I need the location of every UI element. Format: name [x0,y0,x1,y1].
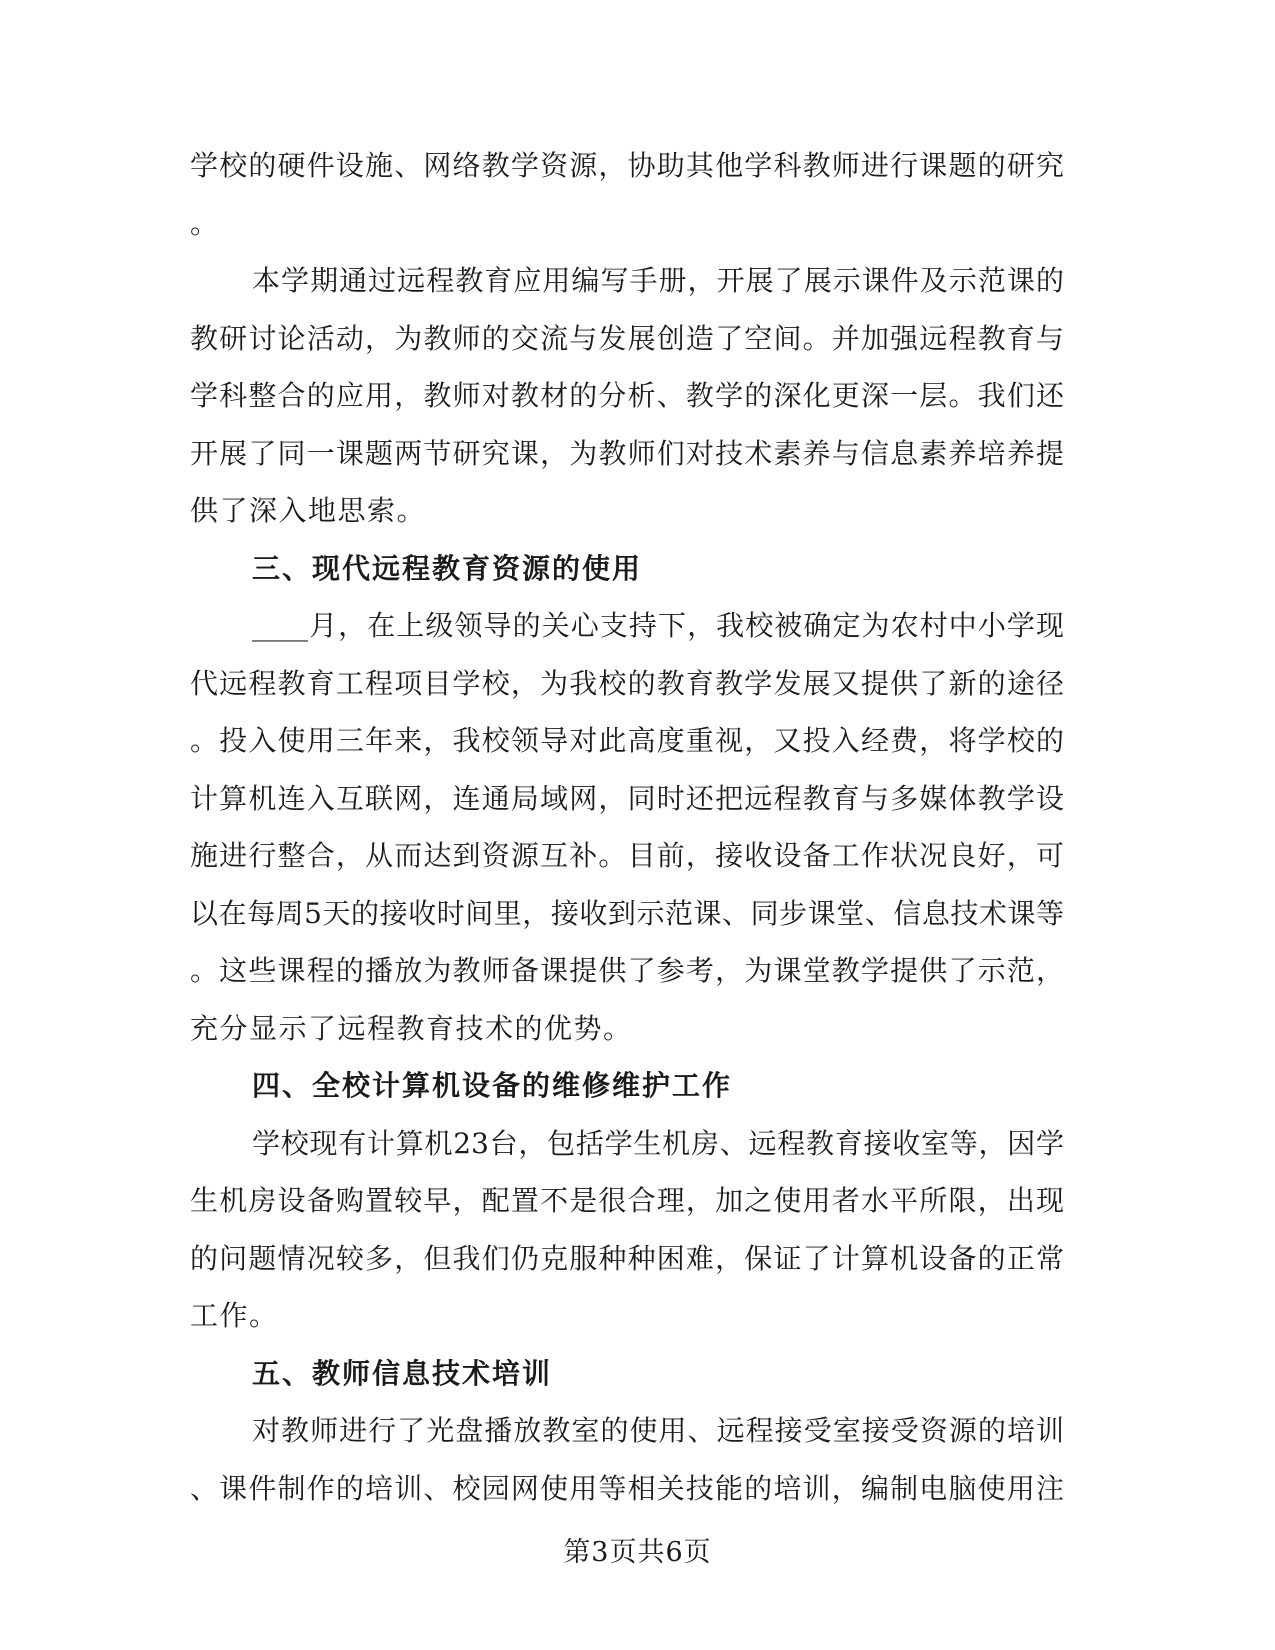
text-line: 教研讨论活动，为教师的交流与发展创造了空间。并加强远程教育与 [190,310,1064,368]
text-line: ____月，在上级领导的关心支持下，我校被确定为农村中小学现 [190,597,1064,655]
text-line: 施进行整合，从而达到资源互补。目前，接收设备工作状况良好，可 [190,827,1064,885]
text-line: 供了深入地思索。 [190,482,1064,540]
text-line: 。投入使用三年来，我校领导对此高度重视，又投入经费，将学校的 [190,712,1064,770]
text-line: 生机房设备购置较早，配置不是很合理，加之使用者水平所限，出现 [190,1172,1064,1230]
page-number-text: 第3页共6页 [563,1537,711,1568]
text-line: 学校现有计算机23台，包括学生机房、远程教育接收室等，因学 [190,1115,1064,1173]
text-line: 本学期通过远程教育应用编写手册，开展了展示课件及示范课的 [190,252,1064,310]
text-line: 、课件制作的培训、校园网使用等相关技能的培训，编制电脑使用注 [190,1460,1064,1518]
document-page: 学校的硬件设施、网络教学资源，协助其他学科教师进行课题的研究。本学期通过远程教育… [0,0,1275,1650]
text-line: 。这些课程的播放为教师备课提供了参考，为课堂教学提供了示范， [190,942,1064,1000]
text-line: 对教师进行了光盘播放教室的使用、远程接受室接受资源的培训 [190,1402,1064,1460]
section-heading-line: 四、全校计算机设备的维修维护工作 [190,1057,1064,1115]
text-line: 计算机连入互联网，连通局域网，同时还把远程教育与多媒体教学设 [190,770,1064,828]
text-line: 学校的硬件设施、网络教学资源，协助其他学科教师进行课题的研究 [190,137,1064,195]
text-line: 开展了同一课题两节研究课，为教师们对技术素养与信息素养培养提 [190,425,1064,483]
text-line: 代远程教育工程项目学校，为我校的教育教学发展又提供了新的途径 [190,655,1064,713]
text-line: 的问题情况较多，但我们仍克服种种困难，保证了计算机设备的正常 [190,1230,1064,1288]
text-line: 工作。 [190,1287,1064,1345]
document-body: 学校的硬件设施、网络教学资源，协助其他学科教师进行课题的研究。本学期通过远程教育… [190,137,1064,1517]
text-line: 以在每周5天的接收时间里，接收到示范课、同步课堂、信息技术课等 [190,885,1064,943]
page-footer: 第3页共6页 [0,1533,1275,1573]
section-heading-line: 五、教师信息技术培训 [190,1345,1064,1403]
text-line: 学科整合的应用，教师对教材的分析、教学的深化更深一层。我们还 [190,367,1064,425]
section-heading-line: 三、现代远程教育资源的使用 [190,540,1064,598]
text-line: 。 [190,195,1064,253]
text-line: 充分显示了远程教育技术的优势。 [190,1000,1064,1058]
